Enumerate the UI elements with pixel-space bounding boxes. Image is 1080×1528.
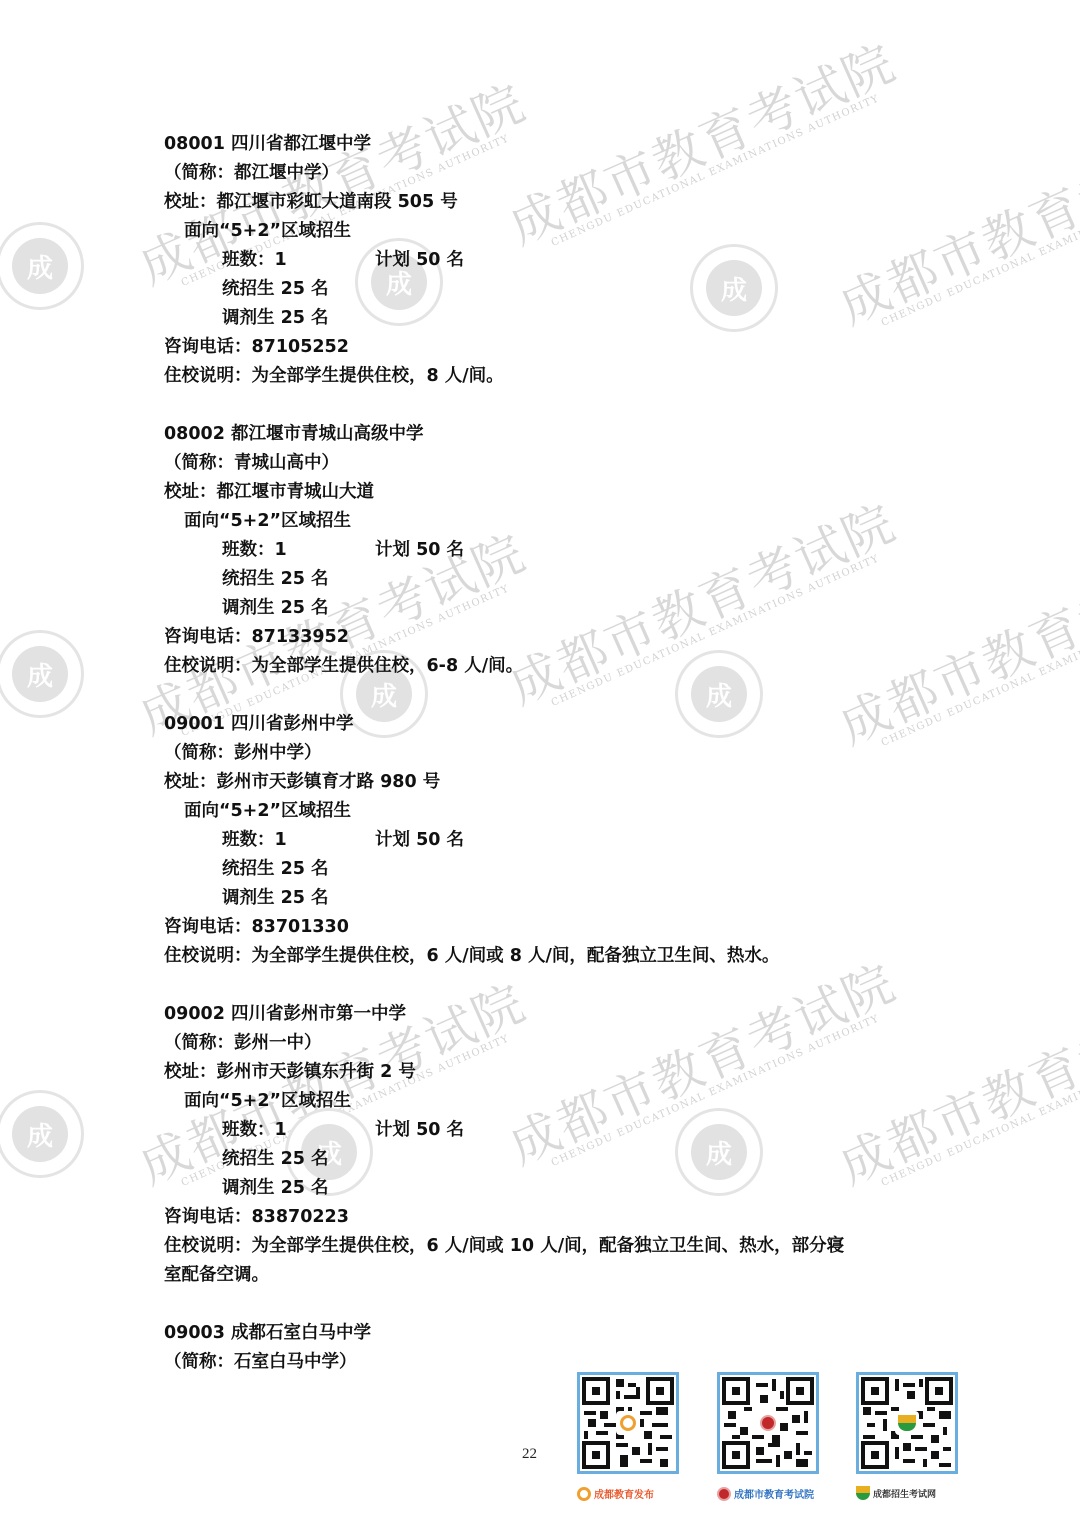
school-entry: 09003 成都石室白马中学 （简称：石室白马中学） — [164, 1319, 844, 1377]
exam-authority-logo-icon — [717, 1487, 731, 1501]
class-count: 班数：1 — [222, 830, 287, 850]
chengdu-education-logo-icon — [577, 1487, 591, 1501]
adjusted-enrollment: 调剂生 25 名 — [164, 1174, 844, 1203]
school-entry: 08001 四川省都江堰中学 （简称：都江堰中学） 校址：都江堰市彩虹大道南段 … — [164, 130, 844, 391]
contact-phone: 咨询电话：83870223 — [164, 1203, 844, 1232]
enrollment-region: 面向“5+2”区域招生 — [164, 507, 844, 536]
class-count: 班数：1 — [222, 540, 287, 560]
class-plan-row: 班数：1 计划 50 名 — [164, 246, 844, 275]
adjusted-enrollment: 调剂生 25 名 — [164, 304, 844, 333]
plan-count: 计划 50 名 — [375, 246, 464, 275]
plan-count: 计划 50 名 — [375, 826, 464, 855]
qr-label: 成都市教育考试院 — [717, 1486, 819, 1501]
school-entry: 09002 四川省彭州市第一中学 （简称：彭州一中） 校址：彭州市天彭镇东升街 … — [164, 1000, 844, 1290]
school-header: 08002 都江堰市青城山高级中学 — [164, 420, 844, 449]
admission-website-logo-icon — [856, 1486, 870, 1500]
unified-enrollment: 统招生 25 名 — [164, 1145, 844, 1174]
enrollment-region: 面向“5+2”区域招生 — [164, 1087, 844, 1116]
unified-enrollment: 统招生 25 名 — [164, 565, 844, 594]
class-count: 班数：1 — [222, 1120, 287, 1140]
qr-label: 成都教育发布 — [577, 1486, 679, 1501]
school-short-name: （简称：青城山高中） — [164, 449, 844, 478]
boarding-info: 住校说明：为全部学生提供住校，6 人/间或 8 人/间，配备独立卫生间、热水。 — [164, 942, 844, 971]
page-number: 22 — [522, 1446, 537, 1463]
school-short-name: （简称：彭州一中） — [164, 1029, 844, 1058]
school-entry: 08002 都江堰市青城山高级中学 （简称：青城山高中） 校址：都江堰市青城山大… — [164, 420, 844, 681]
school-header: 09002 四川省彭州市第一中学 — [164, 1000, 844, 1029]
seal-icon: 成 — [0, 1090, 84, 1178]
qr-label: 成都招生考试网 — [856, 1486, 958, 1500]
school-short-name: （简称：彭州中学） — [164, 739, 844, 768]
school-address: 校址：都江堰市彩虹大道南段 505 号 — [164, 188, 844, 217]
watermark-subtext: CHENGDU EDUCATIONAL EXAMINATIONS AUTHORI… — [880, 593, 1080, 749]
class-count: 班数：1 — [222, 250, 287, 270]
enrollment-region: 面向“5+2”区域招生 — [164, 217, 844, 246]
school-header: 09003 成都石室白马中学 — [164, 1319, 844, 1348]
document-body: 08001 四川省都江堰中学 （简称：都江堰中学） 校址：都江堰市彩虹大道南段 … — [164, 130, 844, 1377]
qr-code-icon — [717, 1372, 819, 1474]
enrollment-region: 面向“5+2”区域招生 — [164, 797, 844, 826]
qr-code-icon — [577, 1372, 679, 1474]
school-address: 校址：彭州市天彭镇东升街 2 号 — [164, 1058, 844, 1087]
qr-label-text: 成都教育发布 — [594, 1486, 654, 1501]
school-address: 校址：彭州市天彭镇育才路 980 号 — [164, 768, 844, 797]
contact-phone: 咨询电话：83701330 — [164, 913, 844, 942]
boarding-info: 住校说明：为全部学生提供住校，6 人/间或 10 人/间，配备独立卫生间、热水，… — [164, 1232, 844, 1261]
school-header: 08001 四川省都江堰中学 — [164, 130, 844, 159]
qr-center-logo — [895, 1411, 919, 1435]
plan-count: 计划 50 名 — [375, 1116, 464, 1145]
unified-enrollment: 统招生 25 名 — [164, 275, 844, 304]
boarding-info: 住校说明：为全部学生提供住校，6-8 人/间。 — [164, 652, 844, 681]
boarding-info-continued: 室配备空调。 — [164, 1261, 844, 1290]
class-plan-row: 班数：1 计划 50 名 — [164, 536, 844, 565]
contact-phone: 咨询电话：87105252 — [164, 333, 844, 362]
unified-enrollment: 统招生 25 名 — [164, 855, 844, 884]
qr-code-icon — [856, 1372, 958, 1474]
school-short-name: （简称：都江堰中学） — [164, 159, 844, 188]
qr-label-text: 成都市教育考试院 — [734, 1486, 814, 1501]
school-address: 校址：都江堰市青城山大道 — [164, 478, 844, 507]
seal-icon: 成 — [0, 630, 84, 718]
watermark-text: 成都市教育考试院 — [826, 103, 1080, 338]
qr-code-chengdu-education-release[interactable]: 成都教育发布 — [577, 1372, 679, 1501]
qr-code-exam-authority[interactable]: 成都市教育考试院 — [717, 1372, 819, 1501]
qr-center-logo — [616, 1411, 640, 1435]
class-plan-row: 班数：1 计划 50 名 — [164, 826, 844, 855]
adjusted-enrollment: 调剂生 25 名 — [164, 594, 844, 623]
qr-code-admission-website[interactable]: 成都招生考试网 — [856, 1372, 958, 1500]
boarding-info: 住校说明：为全部学生提供住校，8 人/间。 — [164, 362, 844, 391]
watermark-subtext: CHENGDU EDUCATIONAL EXAMINATIONS AUTHORI… — [880, 173, 1080, 329]
watermark-subtext: CHENGDU EDUCATIONAL EXAMINATIONS AUTHORI… — [880, 1033, 1080, 1189]
qr-label-text: 成都招生考试网 — [873, 1487, 936, 1500]
watermark-text: 成都市教育考试院 — [826, 523, 1080, 758]
seal-icon: 成 — [0, 222, 84, 310]
adjusted-enrollment: 调剂生 25 名 — [164, 884, 844, 913]
qr-center-logo — [756, 1411, 780, 1435]
class-plan-row: 班数：1 计划 50 名 — [164, 1116, 844, 1145]
school-header: 09001 四川省彭州中学 — [164, 710, 844, 739]
school-entry: 09001 四川省彭州中学 （简称：彭州中学） 校址：彭州市天彭镇育才路 980… — [164, 710, 844, 971]
plan-count: 计划 50 名 — [375, 536, 464, 565]
watermark-text: 成都市教育考试院 — [826, 963, 1080, 1198]
contact-phone: 咨询电话：87133952 — [164, 623, 844, 652]
